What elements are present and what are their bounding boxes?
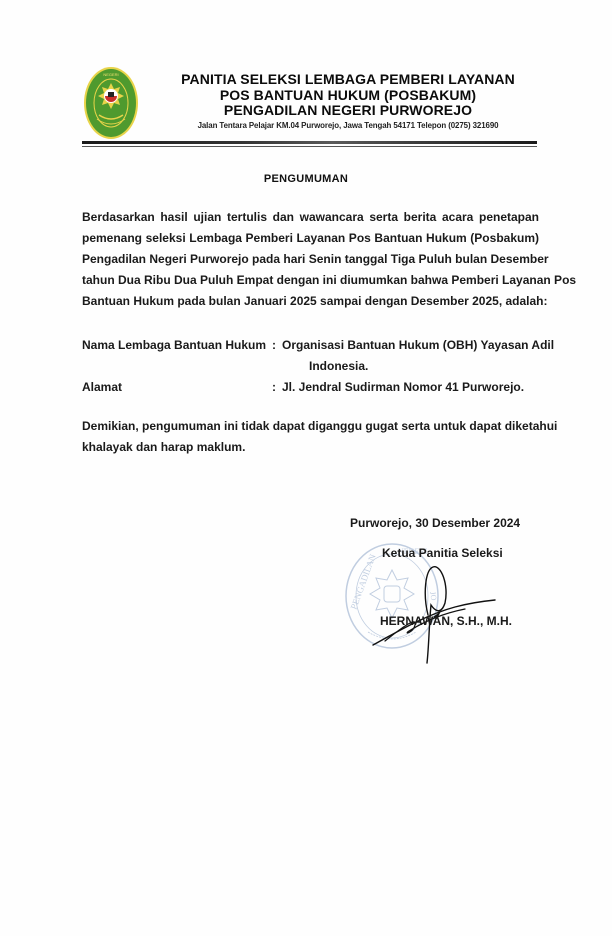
intro-line: Berdasarkan hasil ujian tertulis dan waw… [82,207,539,228]
svg-text:NEGERI: NEGERI [103,72,118,77]
intro-line: Bantuan Hukum pada bulan Januari 2025 sa… [82,291,539,312]
closing-line: khalayak dan harap maklum. [82,437,539,458]
separator: : [272,377,276,398]
intro-line: pemenang seleksi Lembaga Pemberi Layanan… [82,228,539,249]
signatory-name: HERNAWAN, S.H., M.H. [380,614,512,628]
letterhead-divider-thin [82,146,537,147]
letterhead-line-2: POS BANTUAN HUKUM (POSBAKUM) [168,88,528,104]
handwritten-signature-icon [345,555,505,665]
letterhead-text: PANITIA SELEKSI LEMBAGA PEMBERI LAYANAN … [168,72,528,132]
institution-value: Organisasi Bantuan Hukum (OBH) Yayasan A… [282,335,554,356]
institution-value-cont: Indonesia. [309,356,368,377]
intro-paragraph: Berdasarkan hasil ujian tertulis dan waw… [82,207,539,312]
separator: : [272,335,276,356]
document-title: PENGUMUMAN [0,173,612,185]
address-label: Alamat [82,377,122,398]
letterhead: NEGERI PANITIA SELEKSI LEMBAGA PEMBERI L… [80,62,550,142]
closing-paragraph: Demikian, pengumuman ini tidak dapat dig… [82,416,539,458]
letterhead-divider-thick [82,141,537,144]
announcement-page: NEGERI PANITIA SELEKSI LEMBAGA PEMBERI L… [0,0,612,936]
place-date: Purworejo, 30 Desember 2024 [350,516,520,530]
intro-line: tahun Dua Ribu Dua Puluh Empat dengan in… [82,270,539,291]
letterhead-line-3: PENGADILAN NEGERI PURWOREJO [168,103,528,119]
letterhead-address: Jalan Tentara Pelajar KM.04 Purworejo, J… [182,119,513,132]
closing-line: Demikian, pengumuman ini tidak dapat dig… [82,416,539,437]
institution-label: Nama Lembaga Bantuan Hukum [82,335,266,356]
intro-line: Pengadilan Negeri Purworejo pada hari Se… [82,249,539,270]
address-value: Jl. Jendral Sudirman Nomor 41 Purworejo. [282,377,524,398]
letterhead-line-1: PANITIA SELEKSI LEMBAGA PEMBERI LAYANAN [168,72,528,88]
court-emblem-icon: NEGERI [83,65,139,141]
